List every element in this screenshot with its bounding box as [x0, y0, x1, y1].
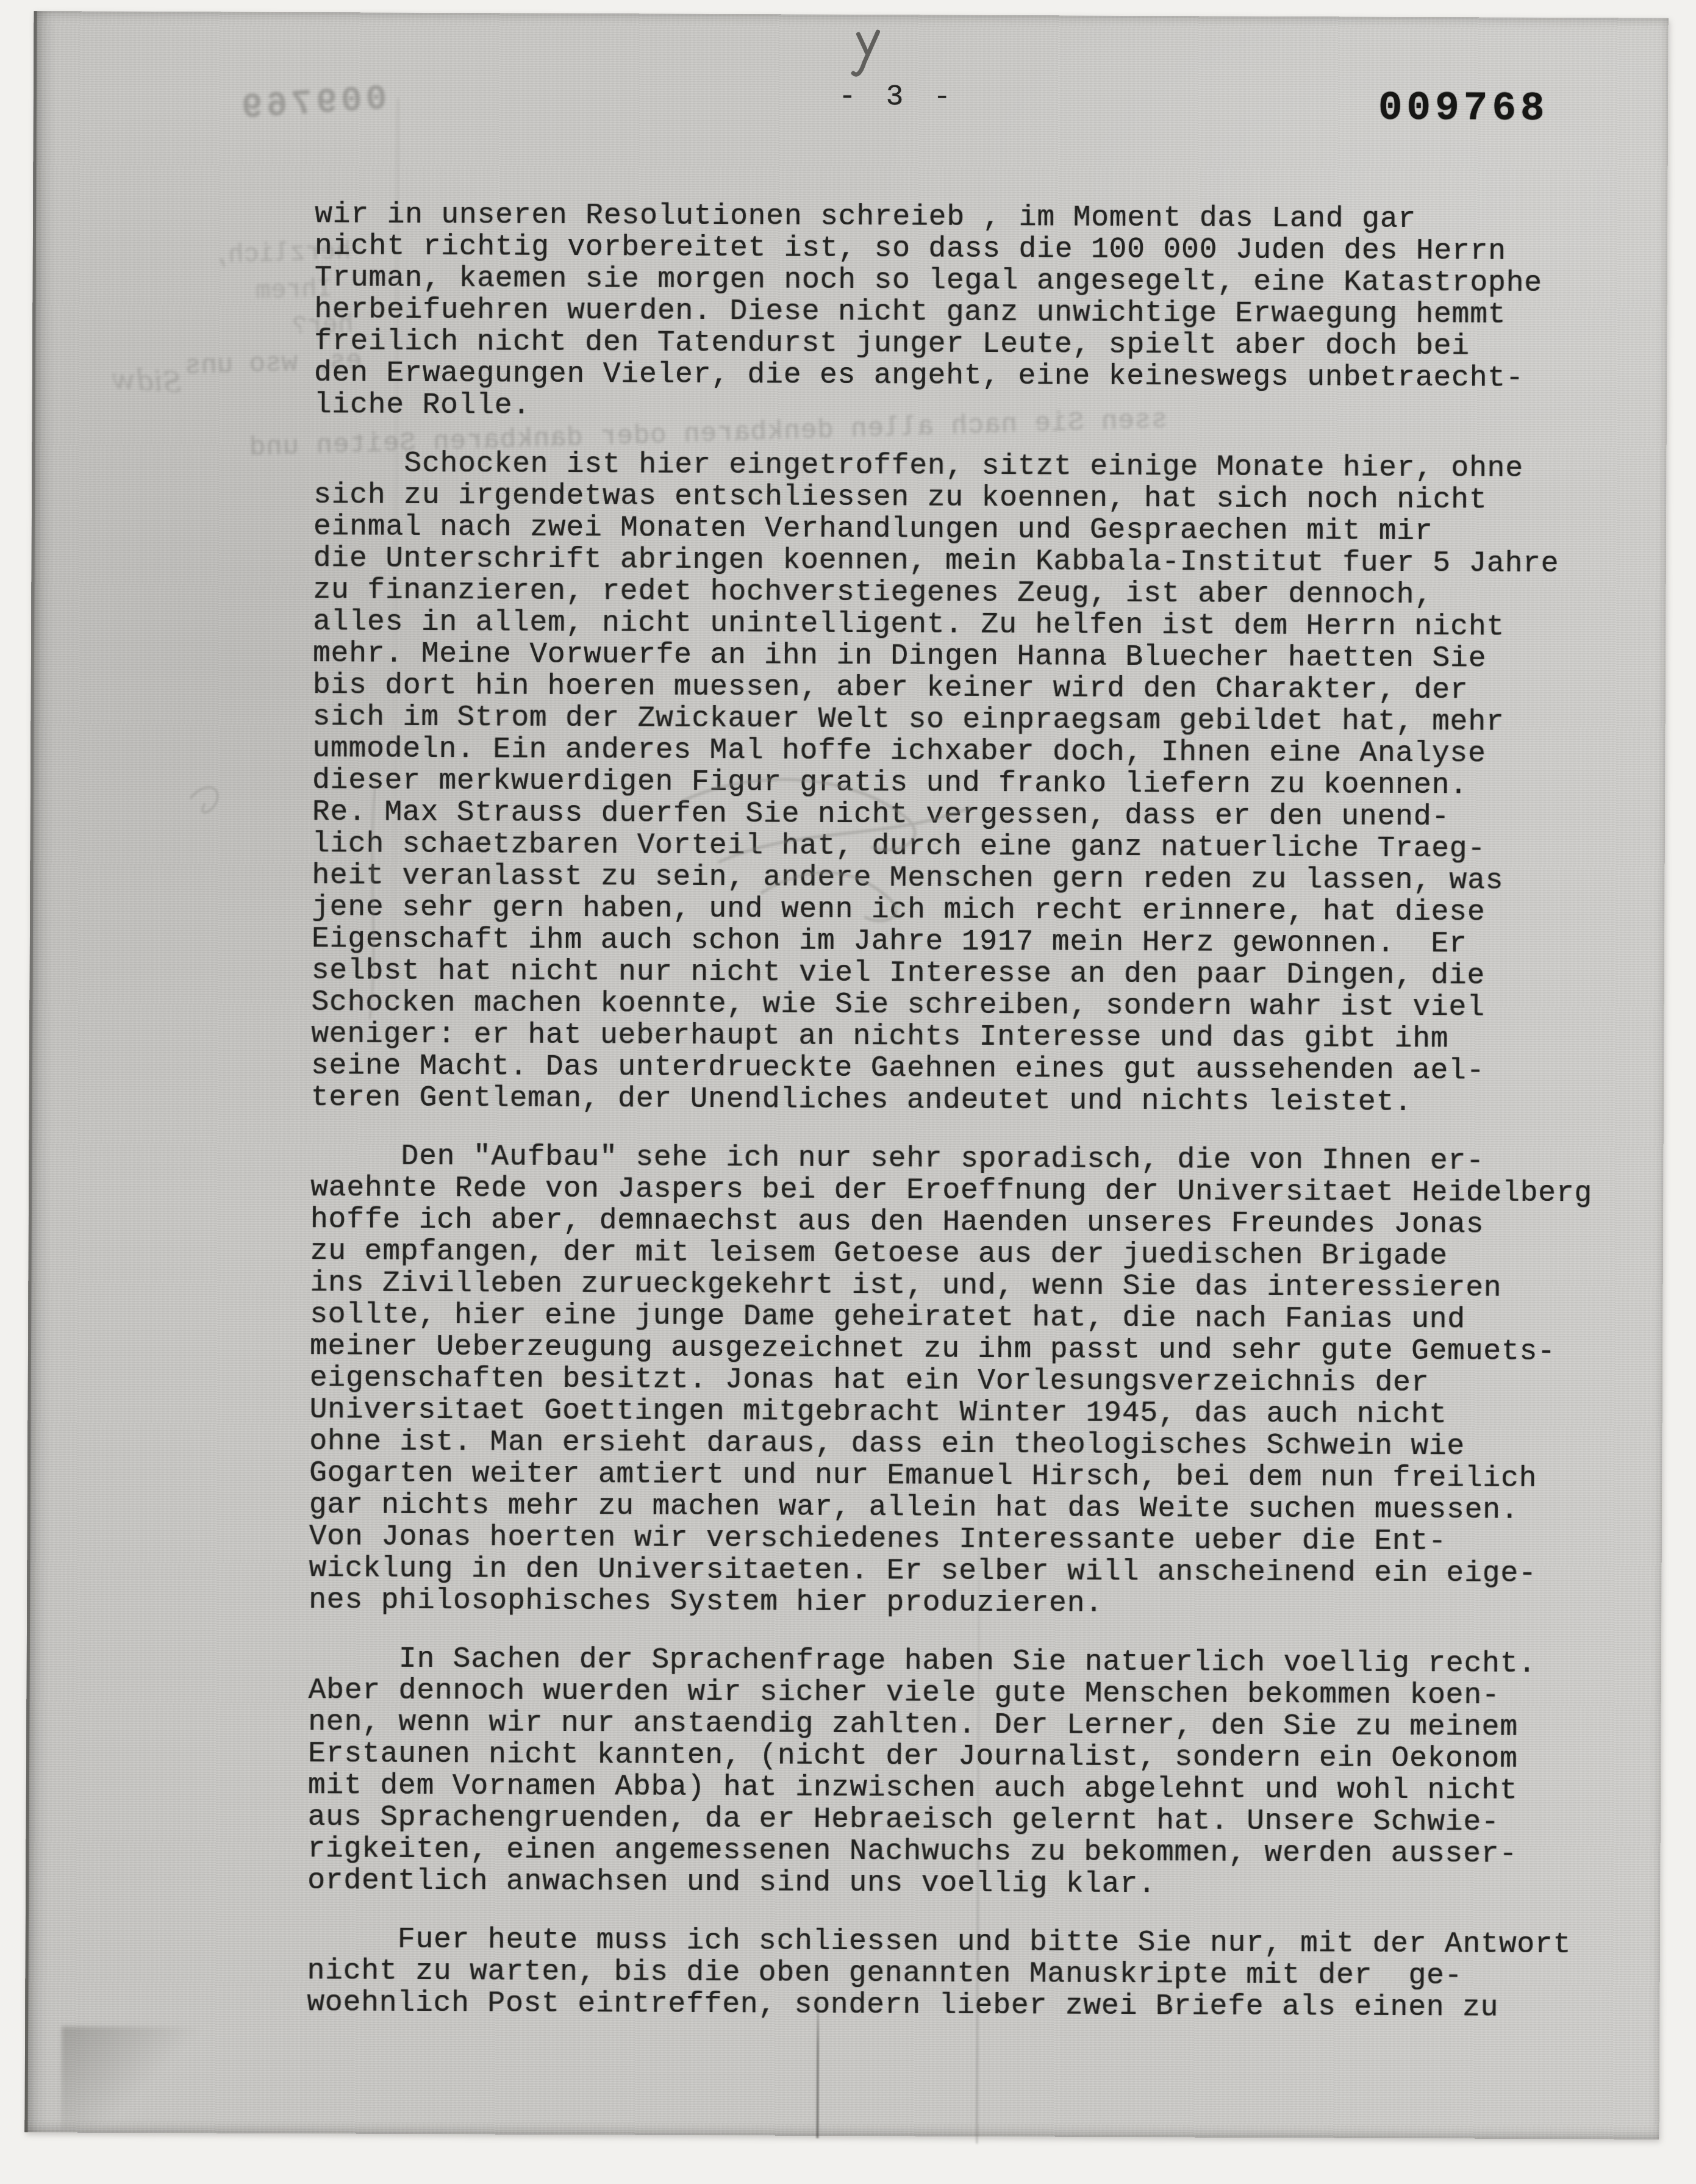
- letter-body: wir in unseren Resolutionen schreieb , i…: [307, 199, 1656, 2052]
- letter-page: 009769 - 3 - 009768 herzlich, Ihrem her?…: [24, 11, 1668, 2139]
- archive-stamp-number: 009768: [1378, 85, 1549, 132]
- bleedthrough-stamp: 009769: [237, 79, 388, 129]
- bleedthrough-handwriting: Sidw: [111, 362, 183, 399]
- pen-mark-y: [853, 32, 878, 74]
- paper-corner-shadow: [61, 2026, 220, 2130]
- paper-crease: [816, 1985, 819, 2138]
- paragraph: wir in unseren Resolutionen schreieb , i…: [314, 199, 1657, 427]
- paper-left-edge: [24, 11, 37, 2132]
- text-line: teren Gentleman, der Unendliches andeute…: [311, 1082, 1653, 1120]
- scanner-background: 009769 - 3 - 009768 herzlich, Ihrem her?…: [0, 0, 1696, 2184]
- paragraph: Schocken ist hier eingetroffen, sitzt ei…: [311, 448, 1656, 1120]
- pencil-loop: [190, 787, 218, 812]
- text-line: liche Rolle.: [314, 389, 1656, 427]
- page-number: - 3 -: [839, 81, 957, 114]
